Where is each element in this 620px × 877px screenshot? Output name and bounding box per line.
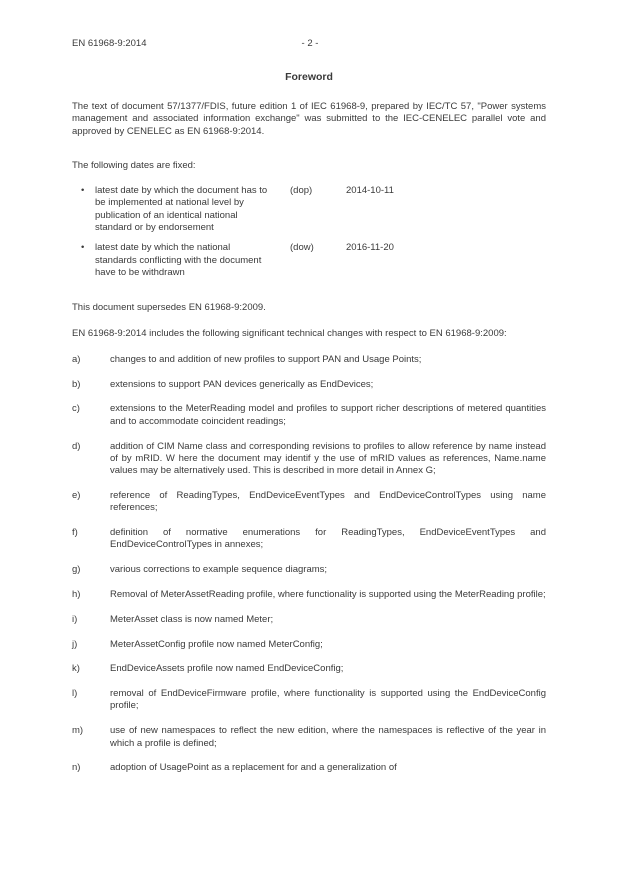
list-item-marker: h) bbox=[72, 589, 110, 601]
list-item-text: reference of ReadingTypes, EndDeviceEven… bbox=[110, 490, 546, 515]
list-item: a) changes to and addition of new profil… bbox=[72, 354, 546, 366]
document-page: EN 61968-9:2014 - 2 - Foreword The text … bbox=[0, 0, 620, 877]
supersedes-paragraph: This document supersedes EN 61968-9:2009… bbox=[72, 302, 546, 314]
date-item-text: latest date by which the document has to… bbox=[95, 185, 290, 234]
date-item-value: 2014-10-11 bbox=[346, 185, 546, 234]
list-item-marker: n) bbox=[72, 762, 110, 774]
list-item-text: use of new namespaces to reflect the new… bbox=[110, 725, 546, 750]
intro-paragraph: The text of document 57/1377/FDIS, futur… bbox=[72, 101, 546, 138]
bullet-icon: • bbox=[72, 185, 95, 234]
dates-intro-paragraph: The following dates are fixed: bbox=[72, 160, 546, 172]
list-item-marker: m) bbox=[72, 725, 110, 750]
list-item: n) adoption of UsagePoint as a replaceme… bbox=[72, 762, 546, 774]
date-item: • latest date by which the national stan… bbox=[72, 242, 546, 279]
list-item: c) extensions to the MeterReading model … bbox=[72, 403, 546, 428]
date-item: • latest date by which the document has … bbox=[72, 185, 546, 234]
list-item-marker: j) bbox=[72, 639, 110, 651]
list-item-text: various corrections to example sequence … bbox=[110, 564, 546, 576]
foreword-title: Foreword bbox=[72, 71, 546, 84]
list-item: e) reference of ReadingTypes, EndDeviceE… bbox=[72, 490, 546, 515]
date-item-value: 2016-11-20 bbox=[346, 242, 546, 279]
list-item: h) Removal of MeterAssetReading profile,… bbox=[72, 589, 546, 601]
changes-list: a) changes to and addition of new profil… bbox=[72, 354, 546, 775]
list-item-text: adoption of UsagePoint as a replacement … bbox=[110, 762, 546, 774]
list-item: k) EndDeviceAssets profile now named End… bbox=[72, 663, 546, 675]
list-item-marker: e) bbox=[72, 490, 110, 515]
list-item: g) various corrections to example sequen… bbox=[72, 564, 546, 576]
list-item-marker: i) bbox=[72, 614, 110, 626]
date-item-label: (dop) bbox=[290, 185, 346, 234]
list-item-marker: c) bbox=[72, 403, 110, 428]
list-item-marker: l) bbox=[72, 688, 110, 713]
list-item-text: MeterAssetConfig profile now named Meter… bbox=[110, 639, 546, 651]
bullet-icon: • bbox=[72, 242, 95, 279]
list-item-marker: b) bbox=[72, 379, 110, 391]
page-content: Foreword The text of document 57/1377/FD… bbox=[72, 71, 546, 787]
list-item: d) addition of CIM Name class and corres… bbox=[72, 441, 546, 478]
list-item-marker: a) bbox=[72, 354, 110, 366]
list-item-text: extensions to the MeterReading model and… bbox=[110, 403, 546, 428]
list-item: i) MeterAsset class is now named Meter; bbox=[72, 614, 546, 626]
list-item-text: removal of EndDeviceFirmware profile, wh… bbox=[110, 688, 546, 713]
fixed-dates-list: • latest date by which the document has … bbox=[72, 185, 546, 279]
changes-intro-part1: EN 61968-9:2014 includes the following s… bbox=[72, 328, 427, 339]
list-item: f) definition of normative enumerations … bbox=[72, 527, 546, 552]
list-item-marker: k) bbox=[72, 663, 110, 675]
list-item-text: MeterAsset class is now named Meter; bbox=[110, 614, 546, 626]
list-item-text: changes to and addition of new profiles … bbox=[110, 354, 546, 366]
list-item-marker: d) bbox=[72, 441, 110, 478]
date-item-label: (dow) bbox=[290, 242, 346, 279]
list-item-text: EndDeviceAssets profile now named EndDev… bbox=[110, 663, 546, 675]
list-item-marker: f) bbox=[72, 527, 110, 552]
list-item: m) use of new namespaces to reflect the … bbox=[72, 725, 546, 750]
changes-intro-part2: EN 61968-9:2009: bbox=[430, 328, 507, 339]
changes-intro-paragraph: EN 61968-9:2014 includes the following s… bbox=[72, 328, 546, 340]
date-item-text: latest date by which the national standa… bbox=[95, 242, 290, 279]
list-item-text: Removal of MeterAssetReading profile, wh… bbox=[110, 589, 546, 601]
list-item: b) extensions to support PAN devices gen… bbox=[72, 379, 546, 391]
list-item: l) removal of EndDeviceFirmware profile,… bbox=[72, 688, 546, 713]
list-item-marker: g) bbox=[72, 564, 110, 576]
header-doc-ref: EN 61968-9:2014 bbox=[72, 38, 146, 50]
list-item-text: extensions to support PAN devices generi… bbox=[110, 379, 546, 391]
running-header: EN 61968-9:2014 - 2 - bbox=[0, 38, 620, 50]
list-item-text: definition of normative enumerations for… bbox=[110, 527, 546, 552]
list-item: j) MeterAssetConfig profile now named Me… bbox=[72, 639, 546, 651]
list-item-text: addition of CIM Name class and correspon… bbox=[110, 441, 546, 478]
